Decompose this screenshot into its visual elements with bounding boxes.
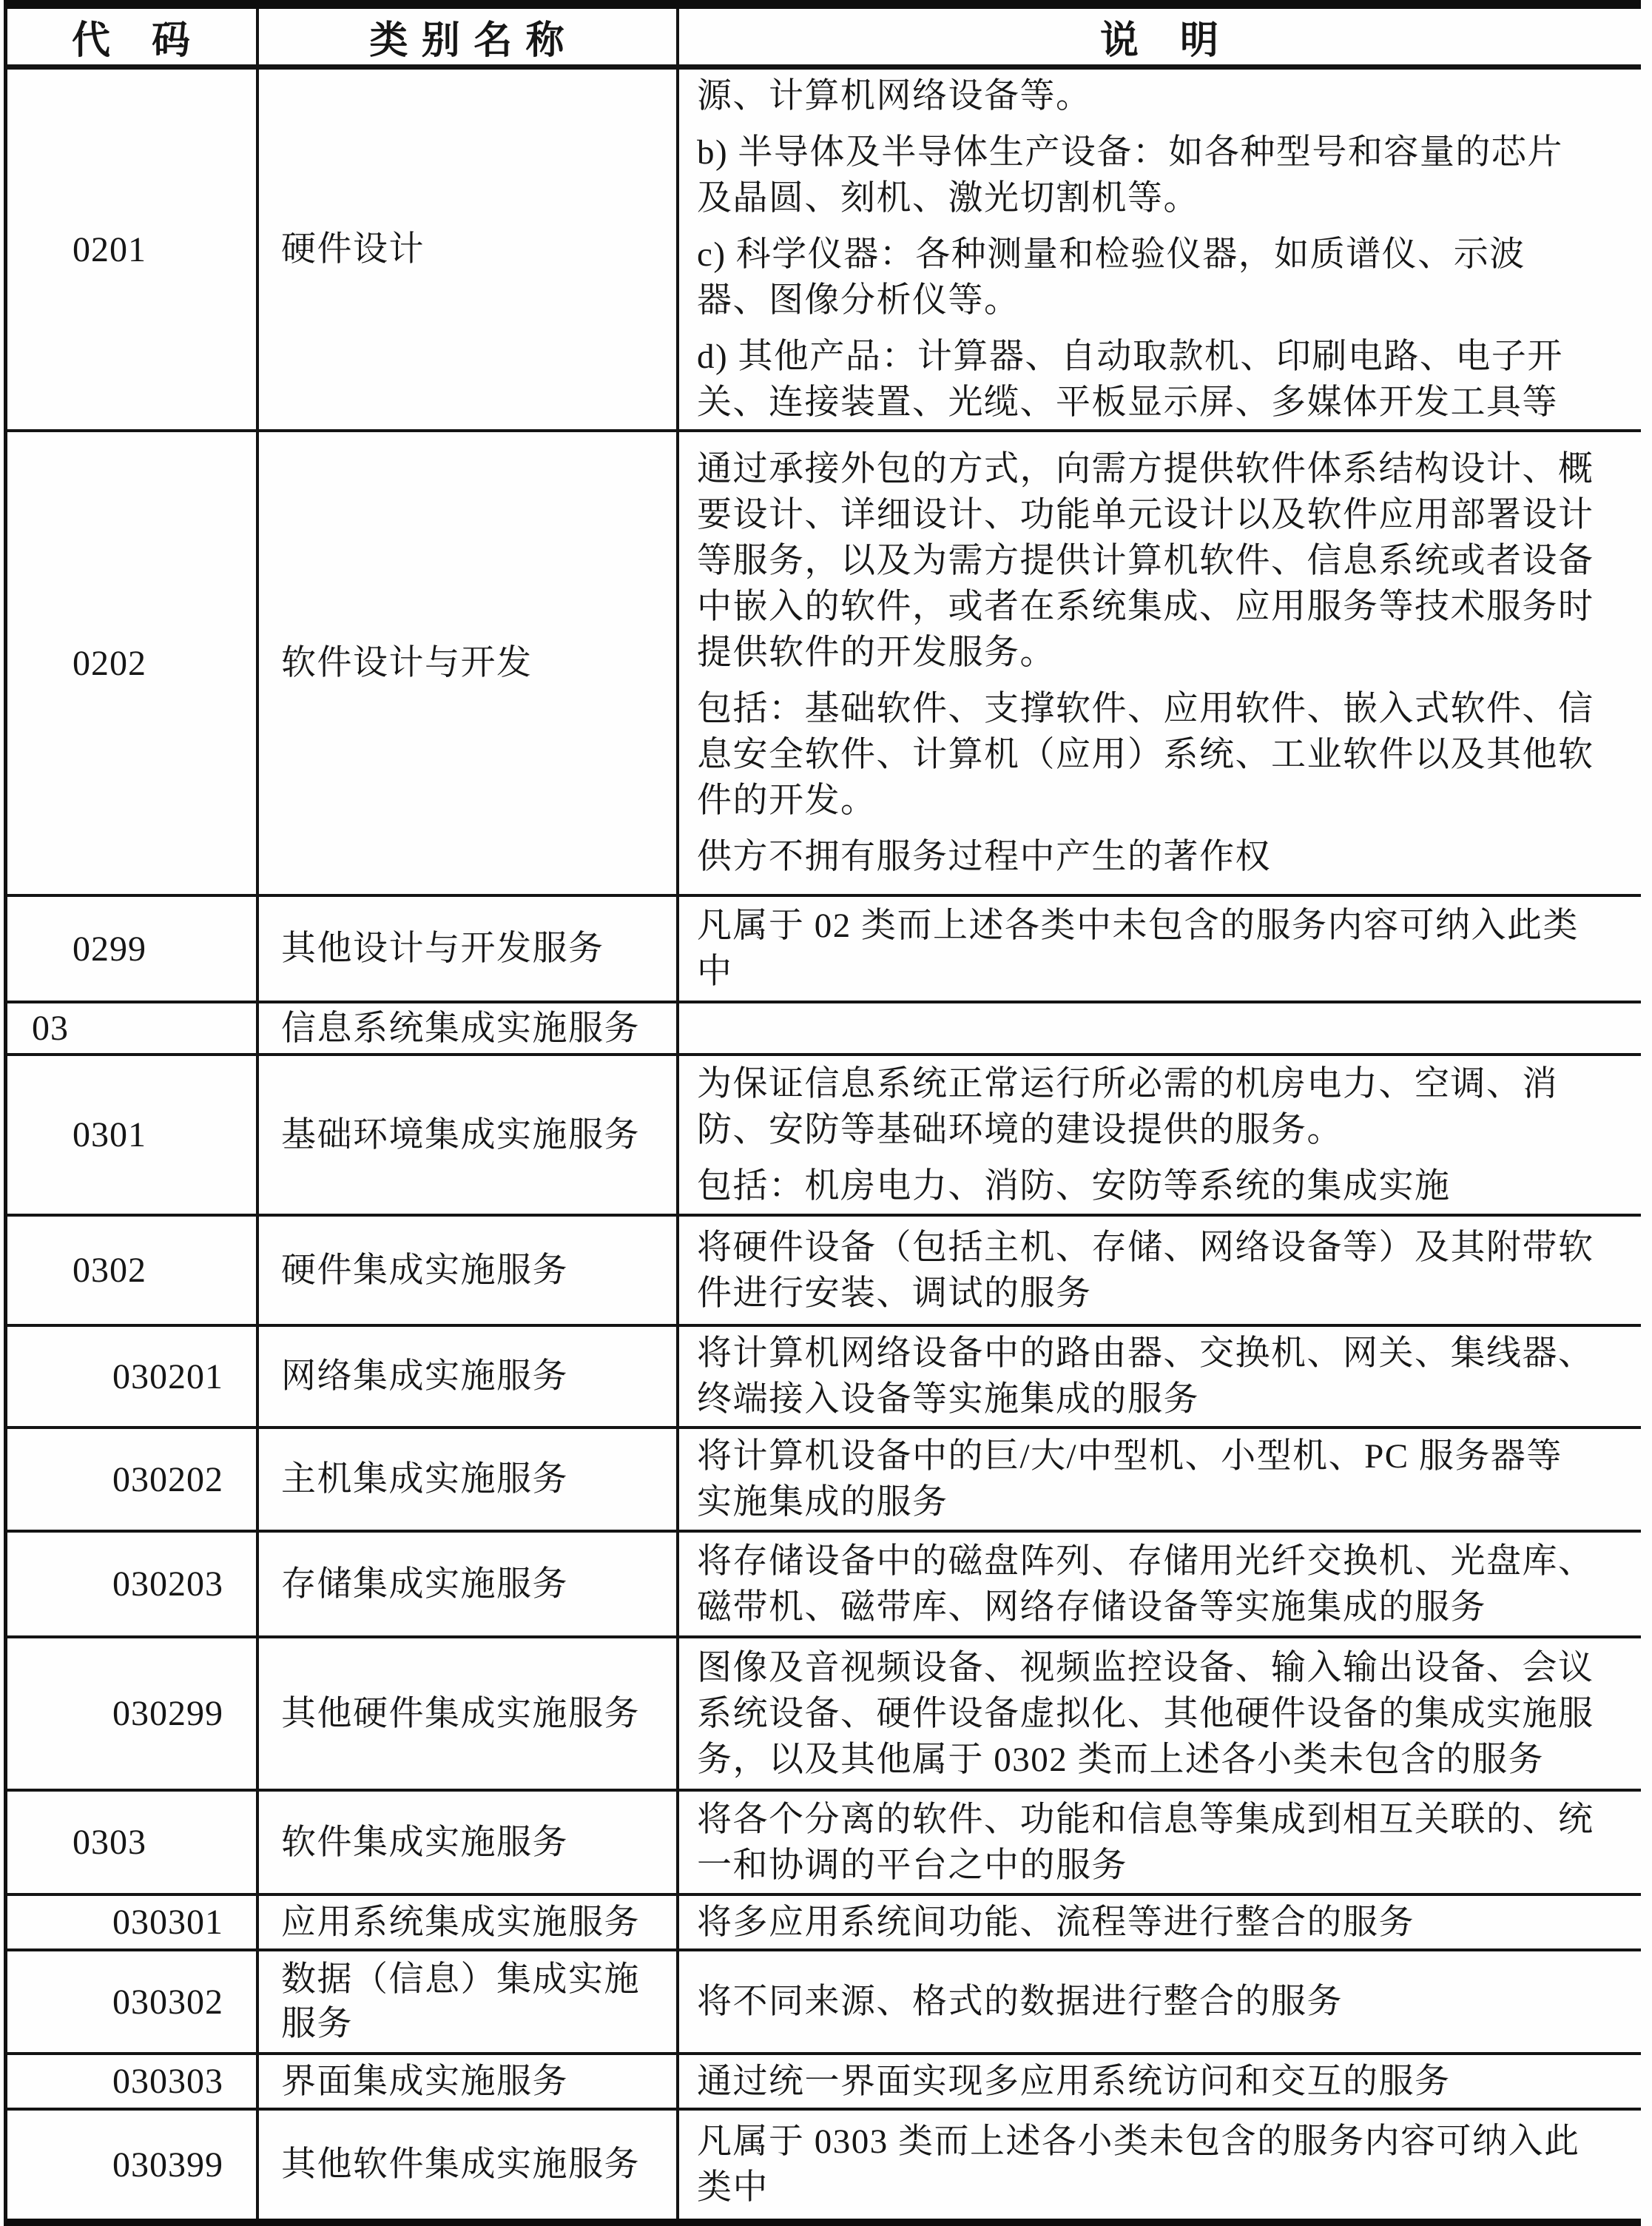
category-cell: 网络集成实施服务	[259, 1327, 679, 1426]
code-cell: 0302	[7, 1217, 259, 1324]
table-row: 030201 网络集成实施服务 将计算机网络设备中的路由器、交换机、网关、集线器…	[7, 1327, 1641, 1429]
code-cell: 030203	[7, 1533, 259, 1635]
code-value: 03	[32, 1008, 69, 1049]
description-cell: 将多应用系统间功能、流程等进行整合的服务	[679, 1896, 1641, 1948]
table-row: 0302 硬件集成实施服务 将硬件设备（包括主机、存储、网络设备等）及其附带软件…	[7, 1217, 1641, 1327]
description-paragraph: 将多应用系统间功能、流程等进行整合的服务	[697, 1900, 1595, 1946]
table-row: 0299 其他设计与开发服务 凡属于 02 类而上述各类中未包含的服务内容可纳入…	[7, 897, 1641, 1003]
code-value: 0301	[73, 1114, 146, 1155]
code-cell: 030202	[7, 1429, 259, 1530]
description-paragraph: 通过统一界面实现多应用系统访问和交互的服务	[697, 2059, 1595, 2105]
classification-table: 代 码 类 别 名 称 说 明 0201 硬件设计 源、计算机网络设备等。b) …	[4, 0, 1641, 2226]
description-cell: 将各个分离的软件、功能和信息等集成到相互关联的、统一和协调的平台之中的服务	[679, 1792, 1641, 1893]
code-cell: 030302	[7, 1951, 259, 2052]
document-page: 代 码 类 别 名 称 说 明 0201 硬件设计 源、计算机网络设备等。b) …	[0, 0, 1652, 2226]
code-cell: 030201	[7, 1327, 259, 1426]
table-row: 030302 数据（信息）集成实施服务 将不同来源、格式的数据进行整合的服务	[7, 1951, 1641, 2055]
description-cell: 凡属于 0303 类而上述各小类未包含的服务内容可纳入此类中	[679, 2111, 1641, 2219]
category-name: 软件集成实施服务	[281, 1820, 568, 1865]
category-cell: 主机集成实施服务	[259, 1429, 679, 1530]
category-cell: 其他设计与开发服务	[259, 897, 679, 1001]
code-value: 0201	[73, 229, 146, 270]
code-cell: 0303	[7, 1792, 259, 1893]
code-cell: 03	[7, 1003, 259, 1053]
description-paragraph: 凡属于 02 类而上述各类中未包含的服务内容可纳入此类中	[697, 903, 1595, 995]
description-paragraph: 包括：机房电力、消防、安防等系统的集成实施	[697, 1163, 1595, 1209]
code-cell: 030399	[7, 2111, 259, 2219]
category-cell: 基础环境集成实施服务	[259, 1056, 679, 1214]
category-name: 存储集成实施服务	[281, 1562, 568, 1607]
category-name: 应用系统集成实施服务	[281, 1900, 640, 1945]
description-cell: 将不同来源、格式的数据进行整合的服务	[679, 1951, 1641, 2052]
category-name: 软件设计与开发	[281, 641, 533, 685]
header-cell-description: 说 明	[679, 9, 1641, 64]
table-row: 030299 其他硬件集成实施服务 图像及音视频设备、视频监控设备、输入输出设备…	[7, 1638, 1641, 1792]
description-paragraph: 将计算机网络设备中的路由器、交换机、网关、集线器、终端接入设备等实施集成的服务	[697, 1331, 1595, 1422]
table-row: 0303 软件集成实施服务 将各个分离的软件、功能和信息等集成到相互关联的、统一…	[7, 1792, 1641, 1896]
code-value: 030202	[112, 1459, 223, 1500]
table-row: 0301 基础环境集成实施服务 为保证信息系统正常运行所必需的机房电力、空调、消…	[7, 1056, 1641, 1217]
category-name: 基础环境集成实施服务	[281, 1113, 640, 1157]
description-paragraph: 将计算机设备中的巨/大/中型机、小型机、PC 服务器等实施集成的服务	[697, 1433, 1595, 1525]
category-cell: 其他硬件集成实施服务	[259, 1638, 679, 1789]
description-paragraph: 通过承接外包的方式，向需方提供软件体系结构设计、概要设计、详细设计、功能单元设计…	[697, 446, 1595, 676]
category-name: 界面集成实施服务	[281, 2059, 568, 2104]
table-row: 030203 存储集成实施服务 将存储设备中的磁盘阵列、存储用光纤交换机、光盘库…	[7, 1533, 1641, 1638]
category-cell: 数据（信息）集成实施服务	[259, 1951, 679, 2052]
header-category-label: 类 别 名 称	[369, 9, 565, 64]
table-row: 03 信息系统集成实施服务	[7, 1003, 1641, 1056]
header-description-label: 说 明	[1100, 9, 1220, 64]
header-row: 代 码 类 别 名 称 说 明	[7, 9, 1641, 70]
code-value: 030203	[112, 1564, 223, 1604]
description-paragraph: 将存储设备中的磁盘阵列、存储用光纤交换机、光盘库、磁带机、磁带库、网络存储设备等…	[697, 1539, 1595, 1630]
code-cell: 0202	[7, 432, 259, 894]
description-cell: 源、计算机网络设备等。b) 半导体及半导体生产设备：如各种型号和容量的芯片及晶圆…	[679, 70, 1641, 429]
code-cell: 0299	[7, 897, 259, 1001]
description-cell: 将硬件设备（包括主机、存储、网络设备等）及其附带软件进行安装、调试的服务	[679, 1217, 1641, 1324]
category-cell: 软件集成实施服务	[259, 1792, 679, 1893]
code-cell: 030301	[7, 1896, 259, 1948]
description-cell: 通过承接外包的方式，向需方提供软件体系结构设计、概要设计、详细设计、功能单元设计…	[679, 432, 1641, 894]
code-value: 0303	[73, 1822, 146, 1863]
description-cell: 将计算机网络设备中的路由器、交换机、网关、集线器、终端接入设备等实施集成的服务	[679, 1327, 1641, 1426]
table-row: 0201 硬件设计 源、计算机网络设备等。b) 半导体及半导体生产设备：如各种型…	[7, 70, 1641, 432]
description-paragraph: 源、计算机网络设备等。	[697, 73, 1595, 119]
code-value: 030302	[112, 1982, 223, 2022]
description-paragraph: 凡属于 0303 类而上述各小类未包含的服务内容可纳入此类中	[697, 2119, 1595, 2210]
category-name: 其他硬件集成实施服务	[281, 1692, 640, 1736]
description-paragraph: b) 半导体及半导体生产设备：如各种型号和容量的芯片及晶圆、刻机、激光切割机等。	[697, 130, 1595, 221]
code-value: 0202	[73, 643, 146, 684]
category-name: 主机集成实施服务	[281, 1457, 568, 1502]
code-value: 030301	[112, 1902, 223, 1943]
description-paragraph: d) 其他产品：计算器、自动取款机、印刷电路、电子开关、连接装置、光缆、平板显示…	[697, 334, 1595, 426]
header-cell-code: 代 码	[7, 9, 259, 64]
description-paragraph: 将各个分离的软件、功能和信息等集成到相互关联的、统一和协调的平台之中的服务	[697, 1797, 1595, 1889]
category-cell: 硬件设计	[259, 70, 679, 429]
table-row: 0202 软件设计与开发 通过承接外包的方式，向需方提供软件体系结构设计、概要设…	[7, 432, 1641, 897]
category-name: 硬件集成实施服务	[281, 1248, 568, 1293]
description-paragraph: 将硬件设备（包括主机、存储、网络设备等）及其附带软件进行安装、调试的服务	[697, 1225, 1595, 1317]
category-cell: 存储集成实施服务	[259, 1533, 679, 1635]
category-cell: 界面集成实施服务	[259, 2055, 679, 2108]
header-cell-category: 类 别 名 称	[259, 9, 679, 64]
category-cell: 信息系统集成实施服务	[259, 1003, 679, 1053]
description-paragraph: 将不同来源、格式的数据进行整合的服务	[697, 1979, 1595, 2025]
table-row: 030399 其他软件集成实施服务 凡属于 0303 类而上述各小类未包含的服务…	[7, 2111, 1641, 2219]
description-cell	[679, 1003, 1641, 1053]
category-name: 网络集成实施服务	[281, 1354, 568, 1399]
code-cell: 0301	[7, 1056, 259, 1214]
description-paragraph: c) 科学仪器：各种测量和检验仪器，如质谱仪、示波器、图像分析仪等。	[697, 232, 1595, 323]
code-value: 030299	[112, 1693, 223, 1734]
code-cell: 030303	[7, 2055, 259, 2108]
description-cell: 凡属于 02 类而上述各类中未包含的服务内容可纳入此类中	[679, 897, 1641, 1001]
code-cell: 0201	[7, 70, 259, 429]
category-cell: 其他软件集成实施服务	[259, 2111, 679, 2219]
category-cell: 硬件集成实施服务	[259, 1217, 679, 1324]
description-paragraph: 为保证信息系统正常运行所必需的机房电力、空调、消防、安防等基础环境的建设提供的服…	[697, 1061, 1595, 1153]
header-code-label: 代 码	[72, 9, 192, 64]
category-name: 其他软件集成实施服务	[281, 2142, 640, 2187]
category-name: 数据（信息）集成实施服务	[281, 1957, 661, 2046]
description-cell: 图像及音视频设备、视频监控设备、输入输出设备、会议系统设备、硬件设备虚拟化、其他…	[679, 1638, 1641, 1789]
code-value: 030303	[112, 2061, 223, 2102]
table-row: 030301 应用系统集成实施服务 将多应用系统间功能、流程等进行整合的服务	[7, 1896, 1641, 1951]
description-cell: 将存储设备中的磁盘阵列、存储用光纤交换机、光盘库、磁带机、磁带库、网络存储设备等…	[679, 1533, 1641, 1635]
code-value: 030399	[112, 2145, 223, 2185]
description-paragraph: 供方不拥有服务过程中产生的著作权	[697, 834, 1595, 880]
category-name: 信息系统集成实施服务	[281, 1006, 640, 1051]
code-cell: 030299	[7, 1638, 259, 1789]
category-name: 硬件设计	[281, 227, 425, 272]
category-cell: 应用系统集成实施服务	[259, 1896, 679, 1948]
description-paragraph: 包括：基础软件、支撑软件、应用软件、嵌入式软件、信息安全软件、计算机（应用）系统…	[697, 686, 1595, 824]
description-cell: 通过统一界面实现多应用系统访问和交互的服务	[679, 2055, 1641, 2108]
table-row: 030202 主机集成实施服务 将计算机设备中的巨/大/中型机、小型机、PC 服…	[7, 1429, 1641, 1533]
code-value: 0302	[73, 1250, 146, 1291]
code-value: 030201	[112, 1356, 223, 1397]
description-cell: 为保证信息系统正常运行所必需的机房电力、空调、消防、安防等基础环境的建设提供的服…	[679, 1056, 1641, 1214]
code-value: 0299	[73, 929, 146, 969]
description-paragraph: 图像及音视频设备、视频监控设备、输入输出设备、会议系统设备、硬件设备虚拟化、其他…	[697, 1645, 1595, 1783]
table-row: 030303 界面集成实施服务 通过统一界面实现多应用系统访问和交互的服务	[7, 2055, 1641, 2111]
category-cell: 软件设计与开发	[259, 432, 679, 894]
description-cell: 将计算机设备中的巨/大/中型机、小型机、PC 服务器等实施集成的服务	[679, 1429, 1641, 1530]
category-name: 其他设计与开发服务	[281, 927, 604, 971]
